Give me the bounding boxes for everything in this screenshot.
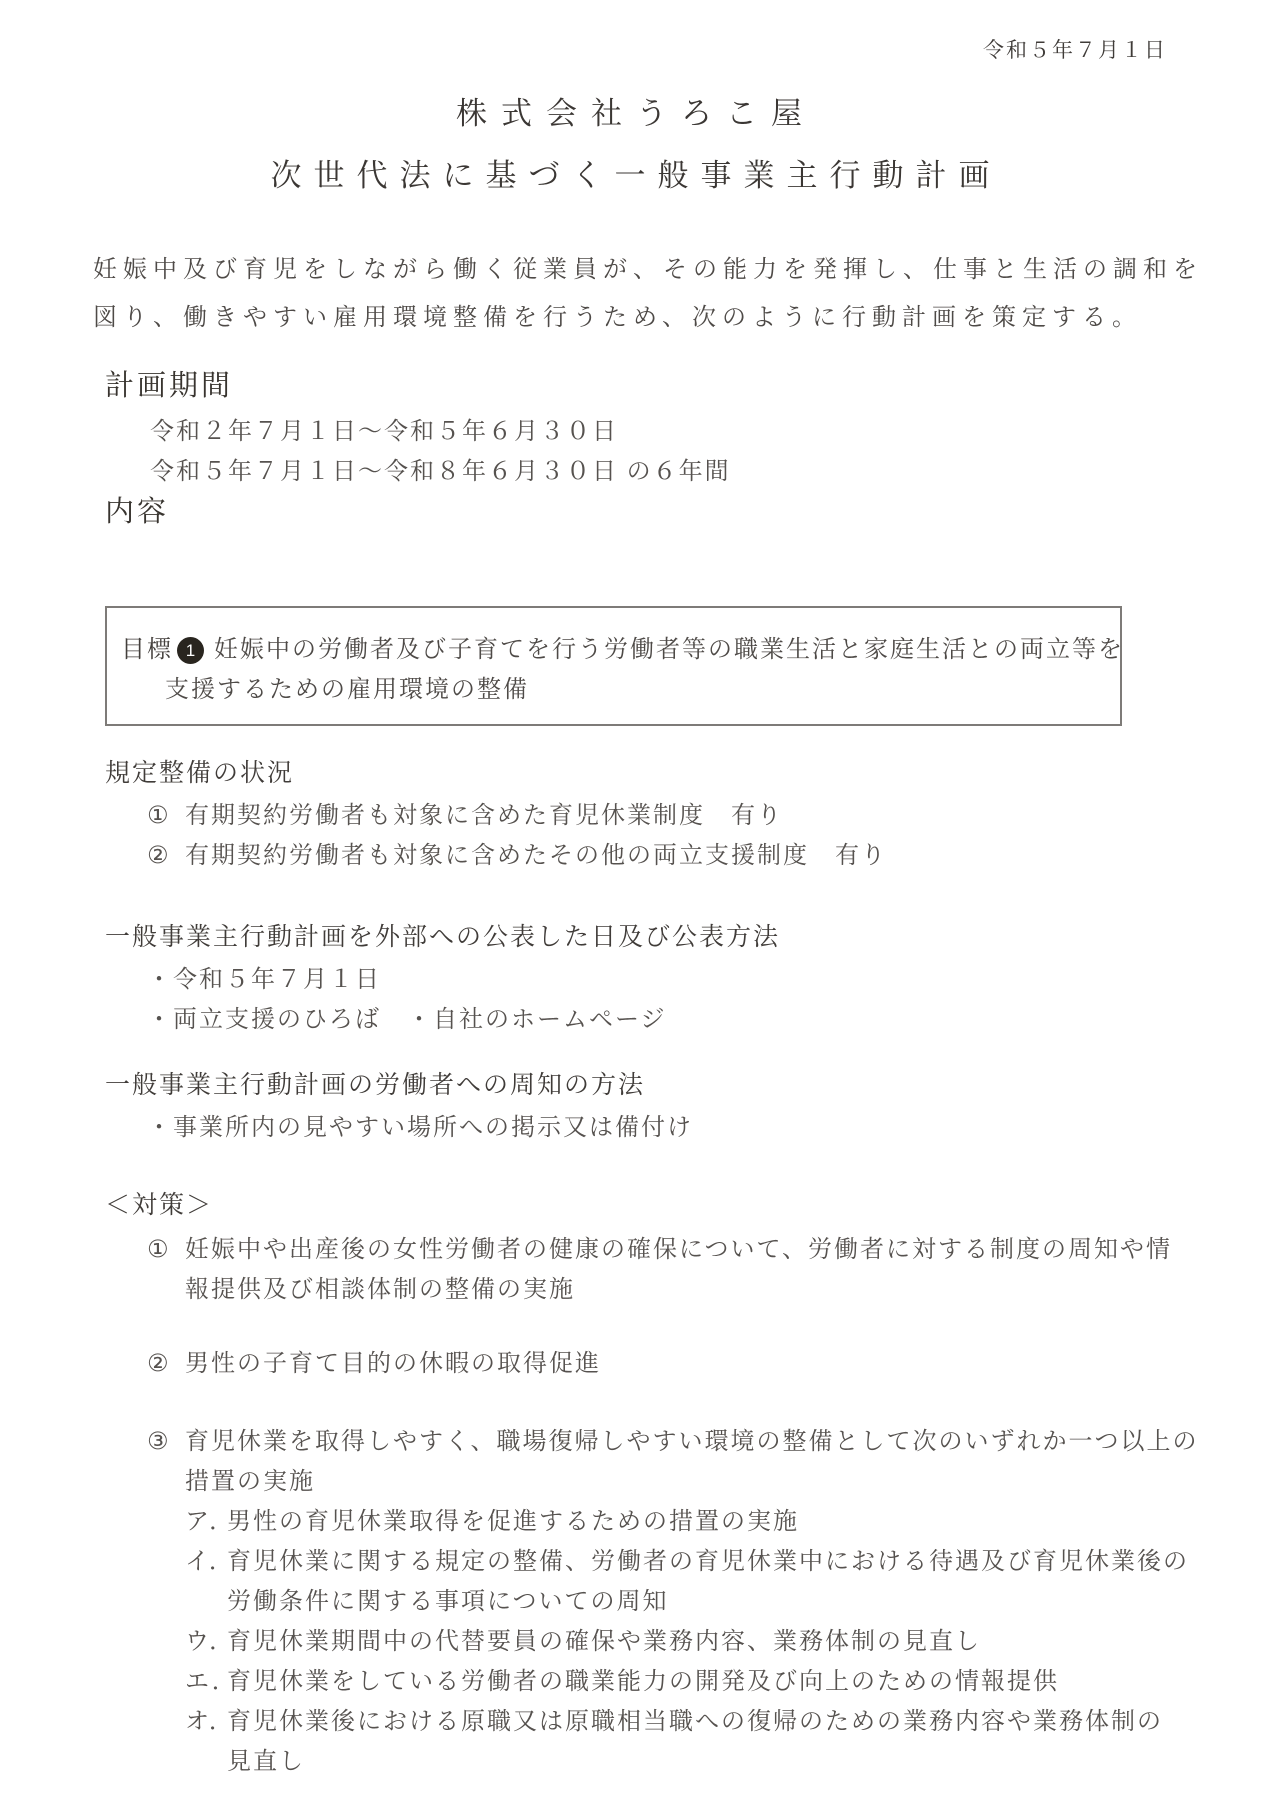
item-marker: ア．: [185, 1502, 227, 1542]
sub-item-line: 男性の育児休業取得を促進するための措置の実施: [227, 1502, 799, 1542]
item-marker: ③: [147, 1422, 177, 1502]
notification-bullet: ・事業所内の見やすい場所への掲示又は備付け: [147, 1108, 1167, 1148]
measure-line: 妊娠中や出産後の女性労働者の健康の確保について、労働者に対する制度の周知や情: [185, 1230, 1172, 1270]
item-text: 有期契約労働者も対象に含めた育児休業制度 有り: [185, 796, 783, 836]
measure-line: 男性の子育て目的の休暇の取得促進: [185, 1344, 601, 1384]
section-heading-content: 内容: [105, 494, 1167, 530]
publication-bullet-methods: ・両立支援のひろば ・自社のホームページ: [147, 1000, 1167, 1040]
item-text: 有期契約労働者も対象に含めたその他の両立支援制度 有り: [185, 836, 887, 876]
section-heading-publication: 一般事業主行動計画を外部への公表した日及び公表方法: [105, 922, 1167, 952]
measure-line: 育児休業を取得しやすく、職場復帰しやすい環境の整備として次のいずれか一つ以上の: [185, 1422, 1199, 1462]
sub-item-lines: 育児休業後における原職又は原職相当職への復帰のための業務内容や業務体制の 見直し: [227, 1702, 1163, 1782]
sub-item-lines: 男性の育児休業取得を促進するための措置の実施: [227, 1502, 799, 1542]
company-name: 株式会社うろこ屋: [105, 94, 1167, 134]
measure-item-1: ① 妊娠中や出産後の女性労働者の健康の確保について、労働者に対する制度の周知や情…: [147, 1230, 1167, 1310]
section-heading-plan-period: 計画期間: [105, 368, 1167, 404]
measure-item-lines: 男性の子育て目的の休暇の取得促進: [185, 1344, 601, 1384]
intro-paragraph: 妊娠中及び育児をしながら働く従業員が、その能力を発揮し、仕事と生活の調和を 図り…: [93, 246, 1167, 342]
sub-item-line: 育児休業に関する規定の整備、労働者の育児休業中における待遇及び育児休業後の: [227, 1542, 1189, 1582]
publication-bullet-date: ・令和５年７月１日: [147, 960, 1167, 1000]
goal-number-badge: 1: [177, 637, 204, 664]
measure-line: 措置の実施: [185, 1462, 1199, 1502]
sub-item-lines: 育児休業をしている労働者の職業能力の開発及び向上のための情報提供: [227, 1662, 1059, 1702]
goal-box: 目標1妊娠中の労働者及び子育てを行う労働者等の職業生活と家庭生活との両立等を 支…: [105, 606, 1122, 726]
intro-line-1: 妊娠中及び育児をしながら働く従業員が、その能力を発揮し、仕事と生活の調和を: [93, 246, 1167, 294]
measure-line: 報提供及び相談体制の整備の実施: [185, 1270, 1172, 1310]
item-marker: ②: [147, 836, 177, 876]
goal-text-line-1: 妊娠中の労働者及び子育てを行う労働者等の職業生活と家庭生活との両立等を: [214, 630, 1124, 670]
sub-item-line: 見直し: [227, 1742, 1163, 1782]
sub-item-line: 育児休業期間中の代替要員の確保や業務内容、業務体制の見直し: [227, 1622, 981, 1662]
document-date: 令和５年７月１日: [105, 38, 1167, 64]
measure-item-3: ③ 育児休業を取得しやすく、職場復帰しやすい環境の整備として次のいずれか一つ以上…: [147, 1422, 1167, 1502]
sub-item-line: 労働条件に関する事項についての周知: [227, 1582, 1189, 1622]
measure-sub-item-i: イ． 育児休業に関する規定の整備、労働者の育児休業中における待遇及び育児休業後の…: [185, 1542, 1167, 1622]
measure-item-2: ② 男性の子育て目的の休暇の取得促進: [147, 1344, 1167, 1384]
measure-sub-item-a: ア． 男性の育児休業取得を促進するための措置の実施: [185, 1502, 1167, 1542]
item-marker: イ．: [185, 1542, 227, 1622]
item-marker: エ．: [185, 1662, 227, 1702]
section-heading-notification: 一般事業主行動計画の労働者への周知の方法: [105, 1070, 1167, 1100]
measure-item-lines: 育児休業を取得しやすく、職場復帰しやすい環境の整備として次のいずれか一つ以上の …: [185, 1422, 1199, 1502]
goal-text-line-2: 支援するための雇用環境の整備: [121, 670, 1102, 710]
sub-item-lines: 育児休業期間中の代替要員の確保や業務内容、業務体制の見直し: [227, 1622, 981, 1662]
item-marker: ①: [147, 1230, 177, 1310]
goal-label: 目標: [121, 630, 173, 670]
intro-line-2: 図り、働きやすい雇用環境整備を行うため、次のように行動計画を策定する。: [93, 294, 1167, 342]
item-marker: オ．: [185, 1702, 227, 1782]
regulation-item: ① 有期契約労働者も対象に含めた育児休業制度 有り: [147, 796, 1167, 836]
sub-item-line: 育児休業をしている労働者の職業能力の開発及び向上のための情報提供: [227, 1662, 1059, 1702]
goal-box-line-1: 目標1妊娠中の労働者及び子育てを行う労働者等の職業生活と家庭生活との両立等を: [121, 630, 1102, 670]
plan-period-line-2: 令和５年７月１日～令和８年６月３０日 の６年間: [150, 452, 1167, 492]
item-marker: ②: [147, 1344, 177, 1384]
section-heading-regulation-status: 規定整備の状況: [105, 758, 1167, 788]
measure-sub-item-u: ウ． 育児休業期間中の代替要員の確保や業務内容、業務体制の見直し: [185, 1622, 1167, 1662]
measure-item-lines: 妊娠中や出産後の女性労働者の健康の確保について、労働者に対する制度の周知や情 報…: [185, 1230, 1172, 1310]
measure-sub-item-e: エ． 育児休業をしている労働者の職業能力の開発及び向上のための情報提供: [185, 1662, 1167, 1702]
plan-period-line-1: 令和２年７月１日～令和５年６月３０日: [150, 412, 1167, 452]
measure-sub-item-o: オ． 育児休業後における原職又は原職相当職への復帰のための業務内容や業務体制の …: [185, 1702, 1167, 1782]
document-page: 令和５年７月１日 株式会社うろこ屋 次世代法に基づく一般事業主行動計画 妊娠中及…: [0, 0, 1272, 1800]
document-title: 次世代法に基づく一般事業主行動計画: [105, 156, 1167, 196]
section-heading-measures: ＜対策＞: [105, 1190, 1167, 1220]
sub-item-lines: 育児休業に関する規定の整備、労働者の育児休業中における待遇及び育児休業後の 労働…: [227, 1542, 1189, 1622]
item-marker: ウ．: [185, 1622, 227, 1662]
sub-item-line: 育児休業後における原職又は原職相当職への復帰のための業務内容や業務体制の: [227, 1702, 1163, 1742]
regulation-item: ② 有期契約労働者も対象に含めたその他の両立支援制度 有り: [147, 836, 1167, 876]
item-marker: ①: [147, 796, 177, 836]
